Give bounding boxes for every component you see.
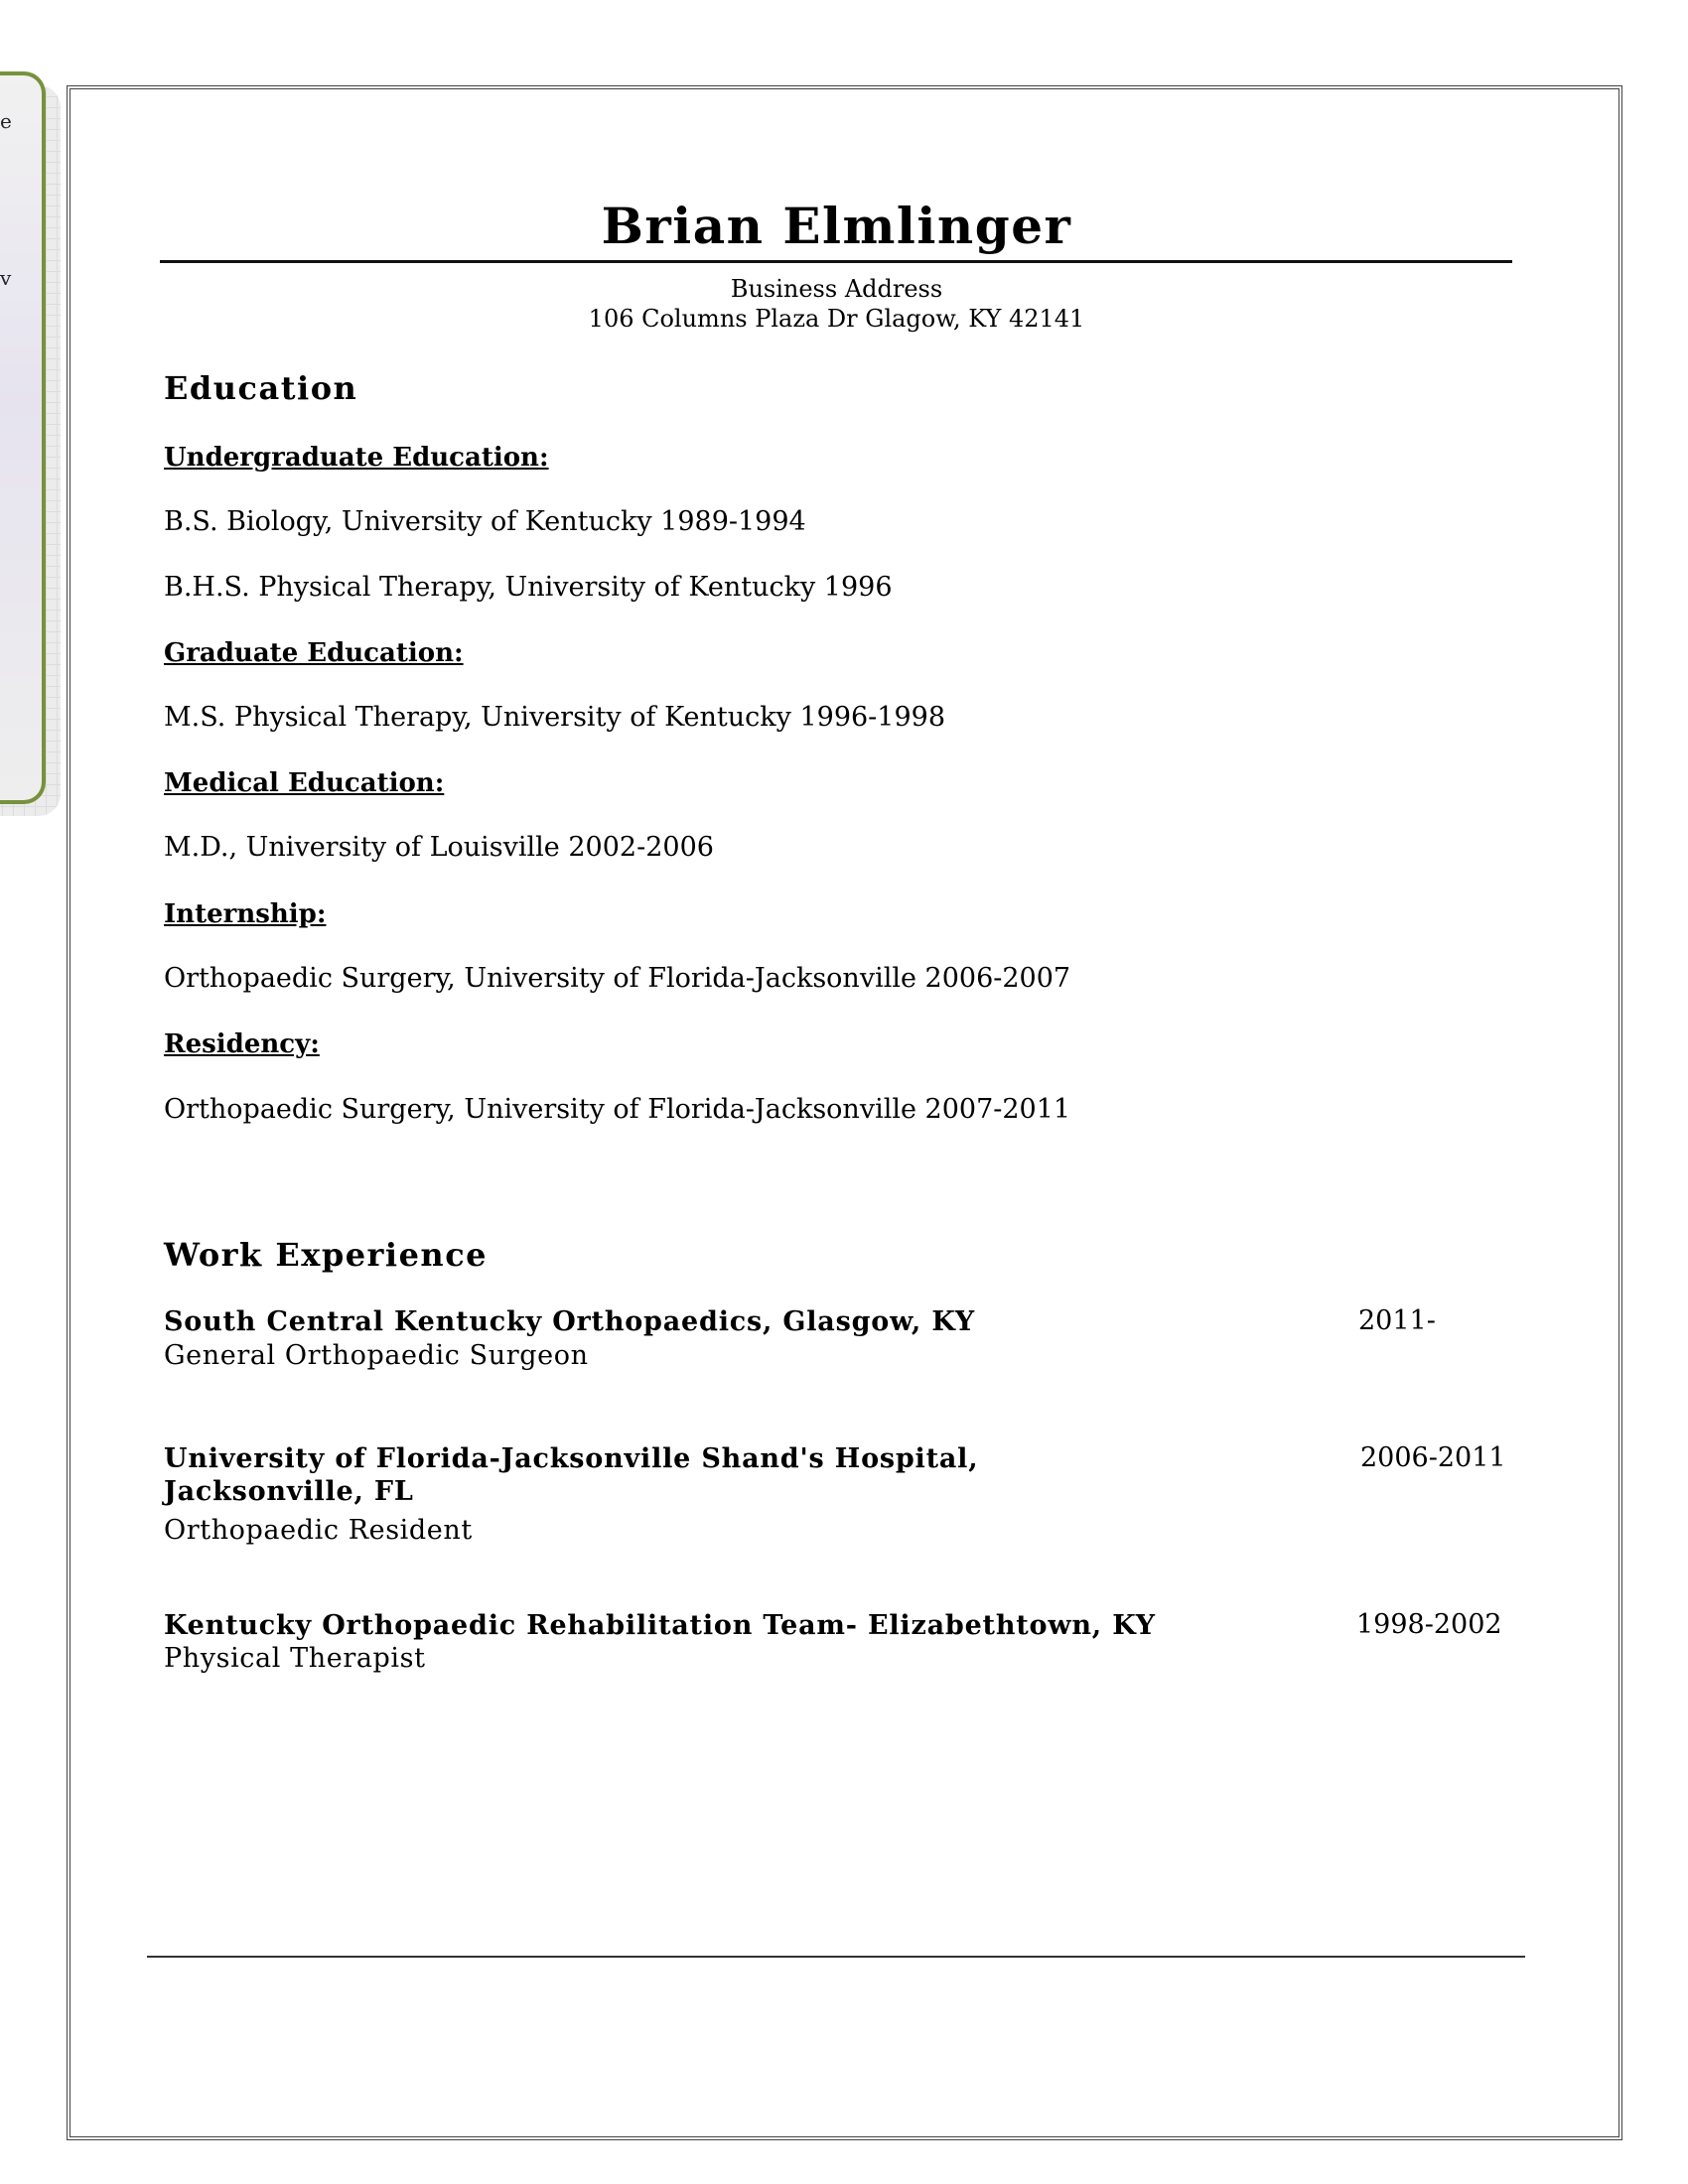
business-address: 106 Columns Plaza Dr Glagow, KY 42141 xyxy=(0,305,1673,333)
side-panel xyxy=(0,71,46,804)
education-item: M.S. Physical Therapy, University of Ken… xyxy=(164,702,945,733)
job-role: General Orthopaedic Surgeon xyxy=(164,1340,589,1371)
undergraduate-heading: Undergraduate Education: xyxy=(164,443,549,473)
education-item: M.D., University of Louisville 2002-2006 xyxy=(164,832,714,863)
side-panel-text-fragment: v xyxy=(0,266,11,290)
work-experience-heading: Work Experience xyxy=(164,1236,488,1274)
address-label: Business Address xyxy=(0,275,1673,303)
education-item: Orthopaedic Surgery, University of Flori… xyxy=(164,1094,1070,1125)
job-dates: 2011- xyxy=(1358,1305,1436,1336)
education-heading: Education xyxy=(164,369,357,407)
job-employer: University of Florida-Jacksonville Shand… xyxy=(164,1442,978,1476)
resume-name: Brian Elmlinger xyxy=(0,197,1673,255)
job-employer: Kentucky Orthopaedic Rehabilitation Team… xyxy=(164,1609,1156,1643)
education-item: Orthopaedic Surgery, University of Flori… xyxy=(164,963,1070,994)
job-role: Orthopaedic Resident xyxy=(164,1515,473,1546)
graduate-heading: Graduate Education: xyxy=(164,638,464,668)
job-employer: South Central Kentucky Orthopaedics, Gla… xyxy=(164,1305,975,1339)
education-item: B.S. Biology, University of Kentucky 198… xyxy=(164,506,806,537)
header-rule xyxy=(160,260,1512,263)
job-dates: 2006-2011 xyxy=(1360,1442,1506,1473)
side-panel-text-fragment: e xyxy=(0,109,12,133)
footer-rule xyxy=(147,1956,1525,1958)
medical-heading: Medical Education: xyxy=(164,768,444,798)
job-employer-line2: Jacksonville, FL xyxy=(164,1475,414,1509)
education-item: B.H.S. Physical Therapy, University of K… xyxy=(164,572,893,603)
job-role: Physical Therapist xyxy=(164,1643,426,1674)
internship-heading: Internship: xyxy=(164,899,326,929)
job-dates: 1998-2002 xyxy=(1356,1609,1502,1640)
residency-heading: Residency: xyxy=(164,1029,320,1059)
